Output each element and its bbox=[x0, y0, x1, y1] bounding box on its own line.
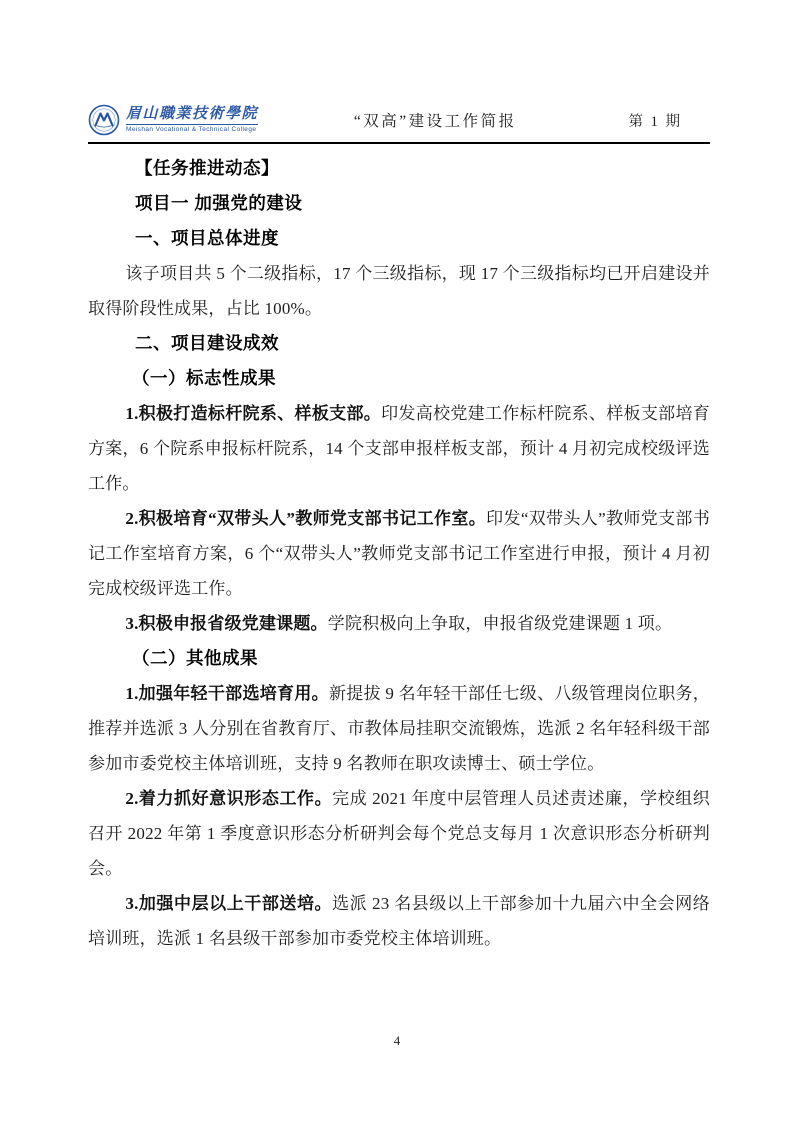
document-body: 【任务推进动态】 项目一 加强党的建设 一、项目总体进度 该子项目共 5 个二级… bbox=[88, 144, 710, 956]
item-lead: 1.积极打造标杆院系、样板支部。 bbox=[125, 404, 381, 423]
signature-item-1: 1.积极打造标杆院系、样板支部。印发高校党建工作标杆院系、样板支部培育方案，6 … bbox=[88, 396, 710, 501]
signature-item-2: 2.积极培育“双带头人”教师党支部书记工作室。印发“双带头人”教师党支部书记工作… bbox=[88, 501, 710, 606]
heading-signature-results: （一）标志性成果 bbox=[132, 361, 710, 396]
heading-overall-progress: 一、项目总体进度 bbox=[135, 221, 710, 256]
college-logo-block: 眉山職業技術學院 Meishan Vocational & Technical … bbox=[88, 104, 258, 136]
other-item-1: 1.加强年轻干部选培育用。新提拔 9 名年轻干部任七级、八级管理岗位职务，推荐并… bbox=[88, 676, 710, 781]
page-footer: 4 bbox=[0, 1032, 794, 1050]
paragraph-text: 该子项目共 5 个二级指标，17 个三级指标，现 17 个三级指标均已开启建设并… bbox=[88, 264, 710, 318]
item-lead: 1.加强年轻干部选培育用。 bbox=[125, 684, 329, 703]
other-item-3: 3.加强中层以上干部送培。选派 23 名县级以上干部参加十九届六中全会网络培训班… bbox=[88, 886, 710, 956]
item-lead: 3.积极申报省级党建课题。 bbox=[125, 614, 327, 633]
project-title-heading: 项目一 加强党的建设 bbox=[135, 186, 710, 221]
college-name-block: 眉山職業技術學院 Meishan Vocational & Technical … bbox=[126, 106, 258, 134]
college-seal-icon bbox=[88, 104, 120, 136]
progress-paragraph: 该子项目共 5 个二级指标，17 个三级指标，现 17 个三级指标均已开启建设并… bbox=[88, 256, 710, 326]
other-item-2: 2.着力抓好意识形态工作。完成 2021 年度中层管理人员述责述廉，学校组织召开… bbox=[88, 781, 710, 886]
college-name-zh: 眉山職業技術學院 bbox=[126, 106, 258, 125]
issue-number: 第 1 期 bbox=[629, 110, 711, 131]
college-name-en: Meishan Vocational & Technical College bbox=[126, 125, 258, 134]
section-tag-heading: 【任务推进动态】 bbox=[135, 151, 710, 186]
item-lead: 2.积极培育“双带头人”教师党支部书记工作室。 bbox=[125, 509, 486, 528]
page-header: 眉山職業技術學院 Meishan Vocational & Technical … bbox=[88, 100, 710, 140]
page-number: 4 bbox=[394, 1033, 401, 1048]
item-lead: 2.着力抓好意识形态工作。 bbox=[125, 789, 332, 808]
document-page: 眉山職業技術學院 Meishan Vocational & Technical … bbox=[0, 0, 794, 1123]
item-text: 学院积极向上争取，申报省级党建课题 1 项。 bbox=[328, 614, 672, 633]
heading-construction-results: 二、项目建设成效 bbox=[135, 326, 710, 361]
bulletin-title: “双高”建设工作简报 bbox=[354, 109, 517, 131]
signature-item-3: 3.积极申报省级党建课题。学院积极向上争取，申报省级党建课题 1 项。 bbox=[88, 606, 710, 641]
heading-other-results: （二）其他成果 bbox=[132, 641, 710, 676]
item-lead: 3.加强中层以上干部送培。 bbox=[125, 894, 332, 913]
